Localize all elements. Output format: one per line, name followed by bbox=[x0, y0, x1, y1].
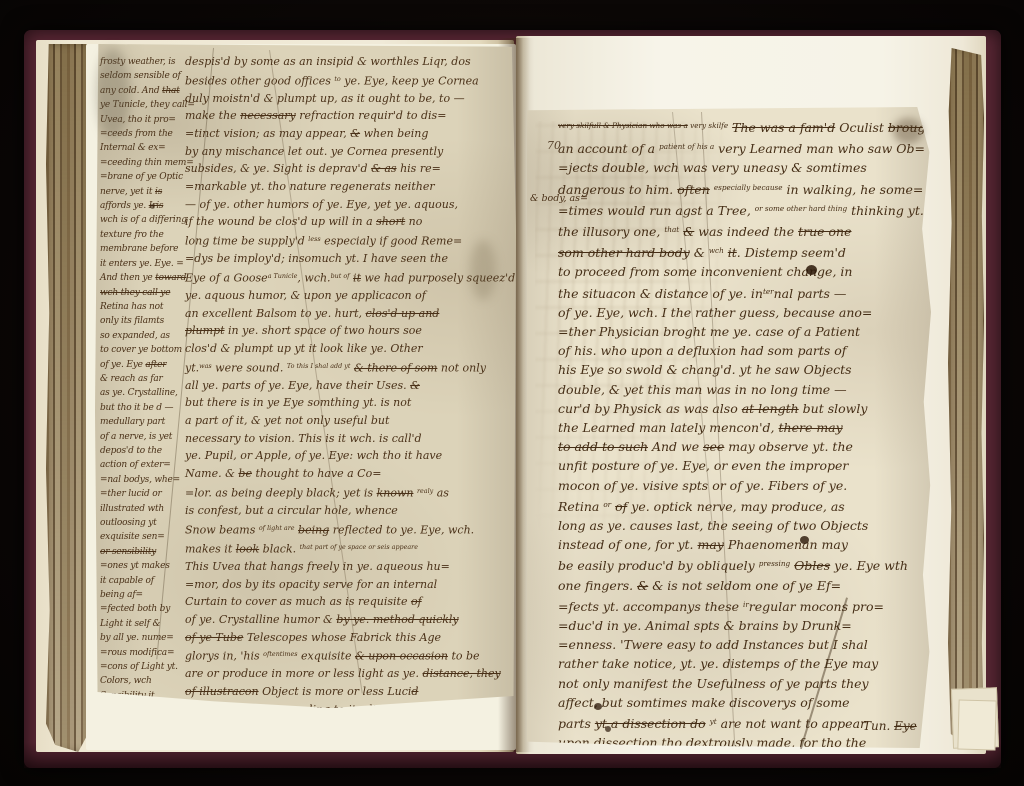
manuscript-line: necessary to vision. This is it wch. is … bbox=[185, 430, 515, 448]
manuscript-line: or sensibility bbox=[100, 545, 192, 559]
manuscript-line: =duc'd in ye. Animal spts & brains by Dr… bbox=[558, 616, 926, 635]
manuscript-line: unfit posture of ye. Eye, or even the im… bbox=[558, 456, 926, 475]
manuscript-line: Snow beams of light are being reflected … bbox=[185, 520, 515, 539]
ink-blot bbox=[800, 536, 809, 544]
manuscript-line: it capable of bbox=[100, 574, 192, 588]
manuscript-line: very skilfull & Physician who was a very… bbox=[558, 116, 926, 137]
manuscript-line: =mor, dos by its opacity serve for an in… bbox=[185, 576, 515, 594]
manuscript-line: affect, but somtimes make discoverys of … bbox=[558, 693, 926, 712]
page-corner bbox=[957, 700, 996, 751]
manuscript-line: =nal bodys, whe= bbox=[100, 473, 192, 487]
manuscript-line: dangerous to him. often especially becau… bbox=[558, 178, 926, 199]
manuscript-line: all ye. parts of ye. Eye, have their Use… bbox=[185, 377, 515, 395]
manuscript-line: =ceeding thin mem= bbox=[100, 156, 192, 170]
manuscript-line: but there is in ye Eye somthing yt. is n… bbox=[185, 394, 515, 412]
manuscript-line: if the wound be clos'd up will in a shor… bbox=[185, 213, 515, 231]
manuscript-line: it enters ye. Eye. = bbox=[100, 257, 192, 271]
manuscript-line: cur'd by Physick as was also at length b… bbox=[558, 399, 926, 418]
manuscript-line: of ye. Eye, wch. I the rather guess, bec… bbox=[558, 303, 926, 322]
manuscript-line: makes it look black. that part of ye spa… bbox=[185, 539, 515, 558]
ink-blot bbox=[594, 703, 602, 710]
manuscript-line: seldom sensible of bbox=[100, 69, 192, 83]
manuscript-line: Colors, wch bbox=[100, 674, 192, 688]
manuscript-line: =rous modifica= bbox=[100, 646, 192, 660]
manuscript-line: plumpt in ye. short space of two hours s… bbox=[185, 322, 515, 340]
right-main-text: very skilfull & Physician who was a very… bbox=[558, 116, 926, 748]
manuscript-line: =ceeds from the bbox=[100, 127, 192, 141]
manuscript-line: wch is of a differing bbox=[100, 213, 192, 227]
manuscript-line: so expanded, as bbox=[100, 329, 192, 343]
manuscript-line: =ther lucid or bbox=[100, 487, 192, 501]
manuscript-line: illustrated wth bbox=[100, 502, 192, 516]
manuscript-line: =ones yt makes bbox=[100, 559, 192, 573]
manuscript-line: of his. who upon a defluxion had som par… bbox=[558, 341, 926, 360]
manuscript-line: of a nerve, is yet bbox=[100, 430, 192, 444]
manuscript-line: his Eye so swold & chang'd. yt he saw Ob… bbox=[558, 360, 926, 379]
manuscript-line: of ye. Eye after bbox=[100, 358, 192, 372]
manuscript-line: clos'd & plumpt up yt it look like ye. O… bbox=[185, 340, 515, 358]
manuscript-line: not only manifest the Usefulness of ye p… bbox=[558, 674, 926, 693]
manuscript-line: besides other good offices to ye. Eye, k… bbox=[185, 71, 515, 90]
manuscript-line: & reach as far bbox=[100, 372, 192, 386]
manuscript-line: Light it self & bbox=[100, 617, 192, 631]
manuscript-photograph: frosty weather, isseldom sensible ofany … bbox=[0, 0, 1024, 786]
manuscript-line: to proceed from some inconvenient change… bbox=[558, 262, 926, 281]
manuscript-line: wch they call ye bbox=[100, 286, 192, 300]
manuscript-line: =fected both by bbox=[100, 602, 192, 616]
manuscript-line: =lor. as being deeply black; yet is know… bbox=[185, 483, 515, 502]
manuscript-line: subsides, & ye. Sight is deprav'd & as h… bbox=[185, 160, 515, 178]
manuscript-line: make the necessary refraction requir'd t… bbox=[185, 107, 515, 125]
manuscript-line: by any mischance let out. ye Cornea pres… bbox=[185, 143, 515, 161]
left-margin-notes: frosty weather, isseldom sensible ofany … bbox=[100, 55, 192, 703]
manuscript-line: any cold. And that bbox=[100, 84, 192, 98]
manuscript-line: long time be supply'd less especialy if … bbox=[185, 231, 515, 250]
manuscript-line: the illusory one, that & was indeed the … bbox=[558, 220, 926, 241]
manuscript-line: being af= bbox=[100, 588, 192, 602]
manuscript-line: double, & yet this man was in no long ti… bbox=[558, 380, 926, 399]
manuscript-line: of ye. Crystalline humor & by ye. method… bbox=[185, 611, 515, 629]
manuscript-line: =jects double, wch was very uneasy & som… bbox=[558, 158, 926, 177]
manuscript-line: is confest, but a circular hole, whence bbox=[185, 502, 515, 520]
manuscript-line: Eye of a Goosea Tunicle, wch.but of it w… bbox=[185, 268, 515, 287]
manuscript-line: outloosing yt bbox=[100, 516, 192, 530]
ink-blot bbox=[806, 265, 817, 275]
manuscript-line: Curtain to cover as much as is requisite… bbox=[185, 593, 515, 611]
manuscript-line: duly moistn'd & plumpt up, as it ought t… bbox=[185, 90, 515, 108]
manuscript-line: yt.was were sound. To this I shal add yt… bbox=[185, 358, 515, 377]
manuscript-line: texture fro the bbox=[100, 228, 192, 242]
manuscript-line: ye Tunicle, they call= bbox=[100, 98, 192, 112]
manuscript-line: an account of a patient of his a very Le… bbox=[558, 137, 926, 158]
left-main-text: despis'd by some as an insipid & worthle… bbox=[185, 53, 515, 712]
manuscript-line: =fects yt. accompanys these irregular mo… bbox=[558, 595, 926, 616]
ink-blot bbox=[150, 204, 155, 209]
manuscript-line: an excellent Balsom to ye. hurt, clos'd … bbox=[185, 305, 515, 323]
ink-blot bbox=[605, 726, 611, 732]
manuscript-line: to add to such And we see may observe yt… bbox=[558, 437, 926, 456]
manuscript-line: Uvea, tho it pro= bbox=[100, 113, 192, 127]
manuscript-line: =brane of ye Optic bbox=[100, 170, 192, 184]
manuscript-line: instead of one, for yt. may Phaenomenan … bbox=[558, 535, 926, 554]
manuscript-line: rather take notice, yt. ye. distemps of … bbox=[558, 654, 926, 673]
manuscript-line: Internal & ex= bbox=[100, 141, 192, 155]
catchword: Tun. Eye bbox=[863, 719, 917, 733]
manuscript-line: despis'd by some as an insipid & worthle… bbox=[185, 53, 515, 71]
manuscript-line: are or produce in more or less light as … bbox=[185, 665, 515, 683]
manuscript-line: Retina or of ye. optick nerve, may produ… bbox=[558, 495, 926, 516]
manuscript-line: Retina has not bbox=[100, 300, 192, 314]
manuscript-line: action of exter= bbox=[100, 458, 192, 472]
manuscript-line: by all ye. nume= bbox=[100, 631, 192, 645]
manuscript-line: the Learned man lately mencon'd, there m… bbox=[558, 418, 926, 437]
manuscript-line: =markable yt. tho nature regenerats neit… bbox=[185, 178, 515, 196]
manuscript-line: only its filamts bbox=[100, 314, 192, 328]
manuscript-line: ye. aquous humor, & upon ye applicacon o… bbox=[185, 287, 515, 305]
manuscript-line: of illustracon Object is more or less Lu… bbox=[185, 683, 515, 701]
manuscript-line: to cover ye bottom bbox=[100, 343, 192, 357]
manuscript-line: =ther Physician broght me ye. case of a … bbox=[558, 322, 926, 341]
manuscript-line: Name. & be thought to have a Co= bbox=[185, 465, 515, 483]
left-manuscript-page: frosty weather, isseldom sensible ofany … bbox=[95, 44, 516, 712]
manuscript-line: membrane before bbox=[100, 242, 192, 256]
manuscript-line: exquisite sen= bbox=[100, 530, 192, 544]
manuscript-line: =cons of Light yt. bbox=[100, 660, 192, 674]
manuscript-line: one fingers. & & is not seldom one of ye… bbox=[558, 576, 926, 595]
right-manuscript-page: 70 & body, as= very skilfull & Physician… bbox=[527, 107, 931, 748]
manuscript-line: of ye Tube Telescopes whose Fabrick this… bbox=[185, 629, 515, 647]
manuscript-line: ye. Pupil, or Apple, of ye. Eye: wch tho… bbox=[185, 447, 515, 465]
manuscript-line: glorys in, 'his oftentimes exquisite & u… bbox=[185, 646, 515, 665]
manuscript-line: — of ye. other humors of ye. Eye, yet ye… bbox=[185, 196, 515, 214]
manuscript-line: This Uvea that hangs freely in ye. aqueo… bbox=[185, 558, 515, 576]
manuscript-line: nerve, yet it is bbox=[100, 185, 192, 199]
manuscript-line: the situacon & distance of ye. internal … bbox=[558, 282, 926, 303]
manuscript-line: long as ye. causes last, the seeing of t… bbox=[558, 516, 926, 535]
manuscript-line: som other hard body & wch it. Distemp se… bbox=[558, 241, 926, 262]
manuscript-line: =dys be imploy'd; insomuch yt. I have se… bbox=[185, 250, 515, 268]
right-page-stubs bbox=[948, 48, 984, 748]
manuscript-line: =times would run agst a Tree, or some ot… bbox=[558, 199, 926, 220]
manuscript-line: =enness. 'Twere easy to add Instances bu… bbox=[558, 635, 926, 654]
manuscript-line: frosty weather, is bbox=[100, 55, 192, 69]
manuscript-line: be easily produc'd by obliquely pressing… bbox=[558, 554, 926, 575]
manuscript-line: depos'd to the bbox=[100, 444, 192, 458]
manuscript-line: medullary part bbox=[100, 415, 192, 429]
manuscript-line: as ye. Crystalline, bbox=[100, 386, 192, 400]
manuscript-line: but tho it be d — bbox=[100, 401, 192, 415]
manuscript-line: a part of it, & yet not only useful but bbox=[185, 412, 515, 430]
manuscript-line: =tinct vision; as may appear, & when bei… bbox=[185, 125, 515, 143]
manuscript-line: affords ye. Iris bbox=[100, 199, 192, 213]
manuscript-line: And then ye toward bbox=[100, 271, 192, 285]
manuscript-line: mocon of ye. visive spts or of ye. Fiber… bbox=[558, 476, 926, 495]
